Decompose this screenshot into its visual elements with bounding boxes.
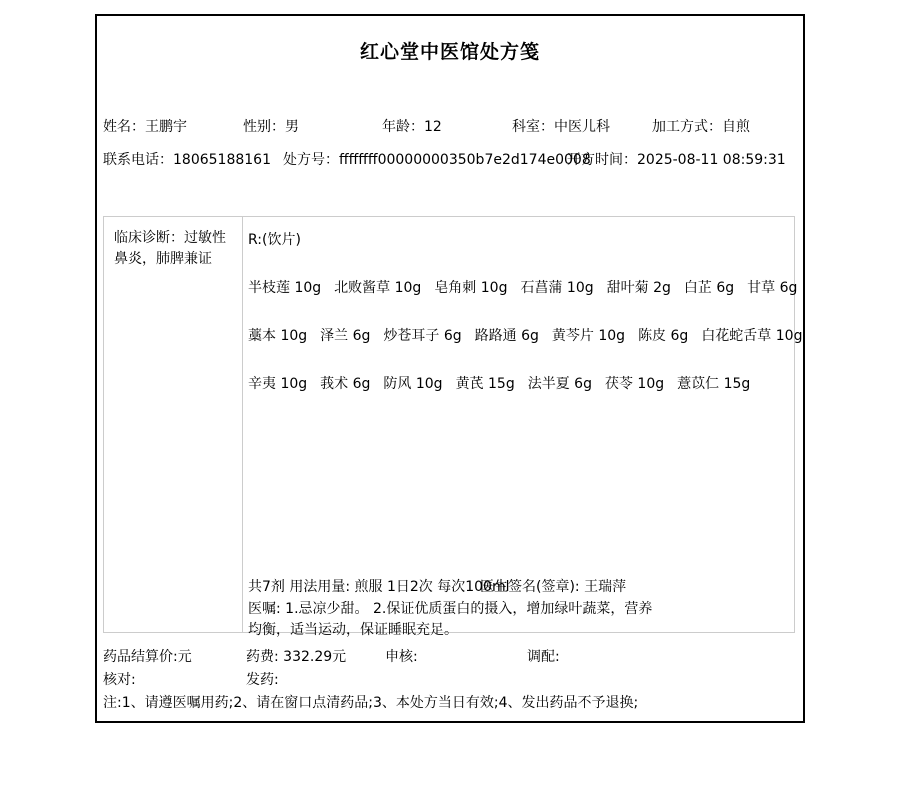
check-field: 核对: (103, 671, 136, 689)
note-text: 注:1、请遵医嘱用药;2、请在窗口点清药品;3、本处方当日有效;4、发出药品不予… (103, 694, 638, 712)
settlement-price-field: 药品结算价:元 (103, 648, 192, 666)
herb-item: 藁本 10g (248, 328, 307, 344)
herb-item: 炒苍耳子 6g (383, 328, 461, 344)
herb-item: 路路通 6g (475, 328, 539, 344)
herb-item: 白芷 6g (684, 280, 734, 296)
review-field: 申核: (385, 648, 418, 666)
dispense-field: 发药: (246, 671, 279, 689)
patient-gender-field: 性别：男 (243, 118, 299, 136)
rx-header: R:(饮片) (248, 229, 301, 249)
rx-table: 临床诊断：过敏性鼻炎，肺脾兼证 R:(饮片) 半枝莲 10g北败酱草 10g皂角… (103, 216, 795, 633)
herb-item: 北败酱草 10g (334, 280, 421, 296)
herb-item: 半枝莲 10g (248, 280, 321, 296)
advice-line-2: 均衡，适当运动，保证睡眠充足。 (248, 619, 458, 639)
doctor-signature: 医生签名(签章): 王瑞萍 (480, 576, 626, 596)
herb-item: 防风 10g (383, 376, 442, 392)
prescription-sheet: 红心堂中医馆处方笺 姓名：王鹏宇 性别：男 年龄：12 科室：中医儿科 加工方式… (95, 14, 805, 723)
processing-method-field: 加工方式：自煎 (652, 118, 750, 136)
dispense-prep-field: 调配: (527, 648, 560, 666)
patient-name-field: 姓名：王鹏宇 (103, 118, 187, 136)
usage-line: 共7剂 用法用量: 煎服 1日2次 每次100ml (248, 576, 510, 596)
herb-item: 薏苡仁 15g (677, 376, 750, 392)
herb-item: 莪术 6g (320, 376, 370, 392)
fee-field: 药费: 332.29元 (246, 648, 346, 666)
patient-department-field: 科室：中医儿科 (512, 118, 610, 136)
herb-item: 黄芪 15g (456, 376, 515, 392)
herb-line-1: 半枝莲 10g北败酱草 10g皂角刺 10g石菖蒲 10g甜叶菊 2g白芷 6g… (248, 277, 810, 297)
patient-age-field: 年龄：12 (382, 118, 442, 136)
herb-item: 法半夏 6g (528, 376, 592, 392)
herb-item: 泽兰 6g (320, 328, 370, 344)
issue-time-field: 开方时间：2025-08-11 08:59:31 (567, 151, 786, 169)
table-divider (242, 217, 243, 632)
page-title: 红心堂中医馆处方笺 (97, 37, 803, 64)
herb-item: 石菖蒲 10g (520, 280, 593, 296)
herb-line-2: 藁本 10g泽兰 6g炒苍耳子 6g路路通 6g黄芩片 10g陈皮 6g白花蛇舌… (248, 325, 815, 345)
advice-line-1: 医嘱: 1.忌凉少甜。 2.保证优质蛋白的摄入，增加绿叶蔬菜，营养 (248, 598, 652, 618)
diagnosis-text: 临床诊断：过敏性鼻炎，肺脾兼证 (114, 228, 234, 270)
phone-field: 联系电话：18065188161 (103, 151, 271, 169)
herb-item: 辛夷 10g (248, 376, 307, 392)
rx-number-field: 处方号：ffffffff00000000350b7e2d174e0008 (283, 151, 591, 169)
herb-item: 甜叶菊 2g (607, 280, 671, 296)
herb-item: 茯苓 10g (605, 376, 664, 392)
herb-item: 白花蛇舌草 10g (701, 328, 802, 344)
herb-item: 陈皮 6g (638, 328, 688, 344)
herb-item: 甘草 6g (747, 280, 797, 296)
herb-item: 黄芩片 10g (552, 328, 625, 344)
herb-item: 皂角刺 10g (434, 280, 507, 296)
herb-line-3: 辛夷 10g莪术 6g防风 10g黄芪 15g法半夏 6g茯苓 10g薏苡仁 1… (248, 373, 763, 393)
